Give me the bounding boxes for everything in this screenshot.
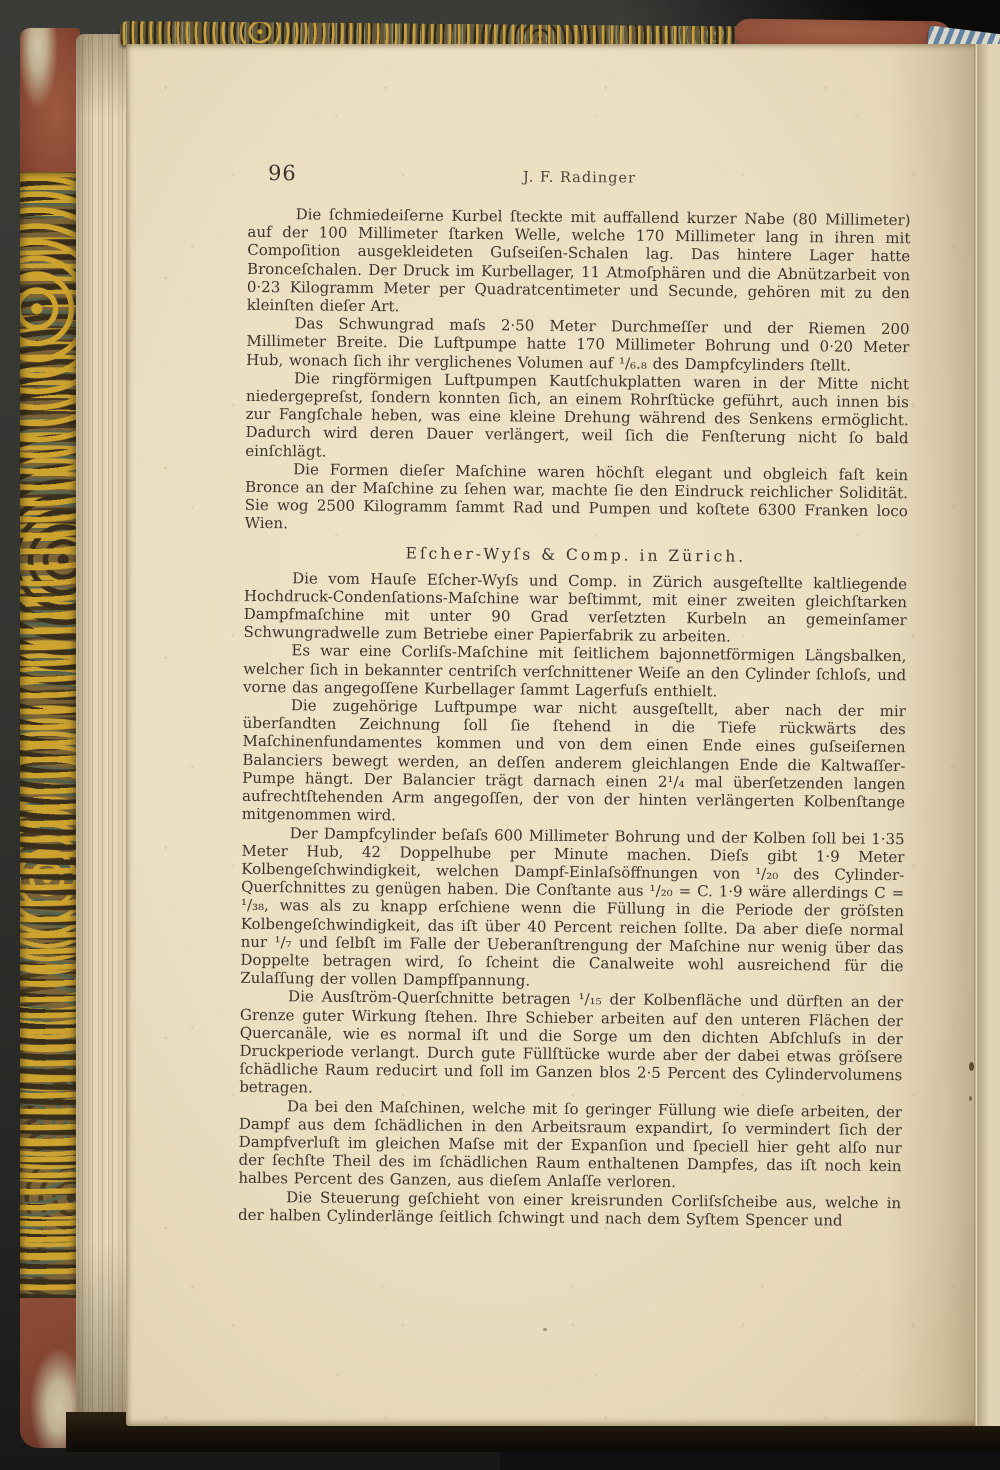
book-page: 96 J. F. Radinger Die ſchmiedeiſerne Kur…: [126, 44, 1000, 1426]
paragraph: Da bei den Maſchinen, welche mit ſo geri…: [238, 1096, 902, 1193]
book-scan: { "page": { "page_number": "96", "runnin…: [0, 0, 1000, 1470]
paragraph: Die ſchmiedeiſerne Kurbel ſteckte mit au…: [247, 205, 911, 321]
page-header: 96 J. F. Radinger: [248, 163, 911, 195]
running-header: J. F. Radinger: [248, 167, 911, 189]
paragraph: Die Steuerung geſchieht von einer kreisr…: [238, 1187, 901, 1230]
facing-page-sliver: [977, 44, 1000, 1426]
page-blemish: [969, 1096, 972, 1101]
page-blemish: [969, 1062, 974, 1071]
scanned-book-page: 96 J. F. Radinger Die ſchmiedeiſerne Kur…: [0, 0, 1000, 1470]
paragraph: Das Schwungrad maſs 2·50 Meter Durchmeſſ…: [246, 314, 909, 375]
paragraph: Die Formen dieſer Maſchine waren höchſt …: [245, 460, 909, 539]
page-content: 96 J. F. Radinger Die ſchmiedeiſerne Kur…: [238, 163, 911, 1230]
paragraph: Der Dampfcylinder beſaſs 600 Millimeter …: [240, 823, 905, 993]
body-text: Die ſchmiedeiſerne Kurbel ſteckte mit au…: [238, 205, 911, 1230]
page-blemish: [543, 1328, 547, 1331]
paragraph: Die zugehörige Luftpumpe war nicht ausge…: [242, 696, 906, 830]
section-heading: Eſcher-Wyſs & Comp. in Zürich.: [244, 542, 907, 566]
book-cover-leather-spine: [20, 28, 80, 178]
paragraph: Die ringförmigen Luftpumpen Kautſchukpla…: [245, 369, 909, 466]
paragraph: Die vom Hauſe Eſcher-Wyſs und Comp. in Z…: [244, 568, 908, 647]
book-cover-marbled-paper: [20, 172, 80, 1312]
paragraph: Es war eine Corliſs-Maſchine mit ſeitlic…: [243, 641, 906, 702]
paragraph: Die Ausſtröm-Querſchnitte betragen ¹/₁₅ …: [239, 987, 903, 1103]
